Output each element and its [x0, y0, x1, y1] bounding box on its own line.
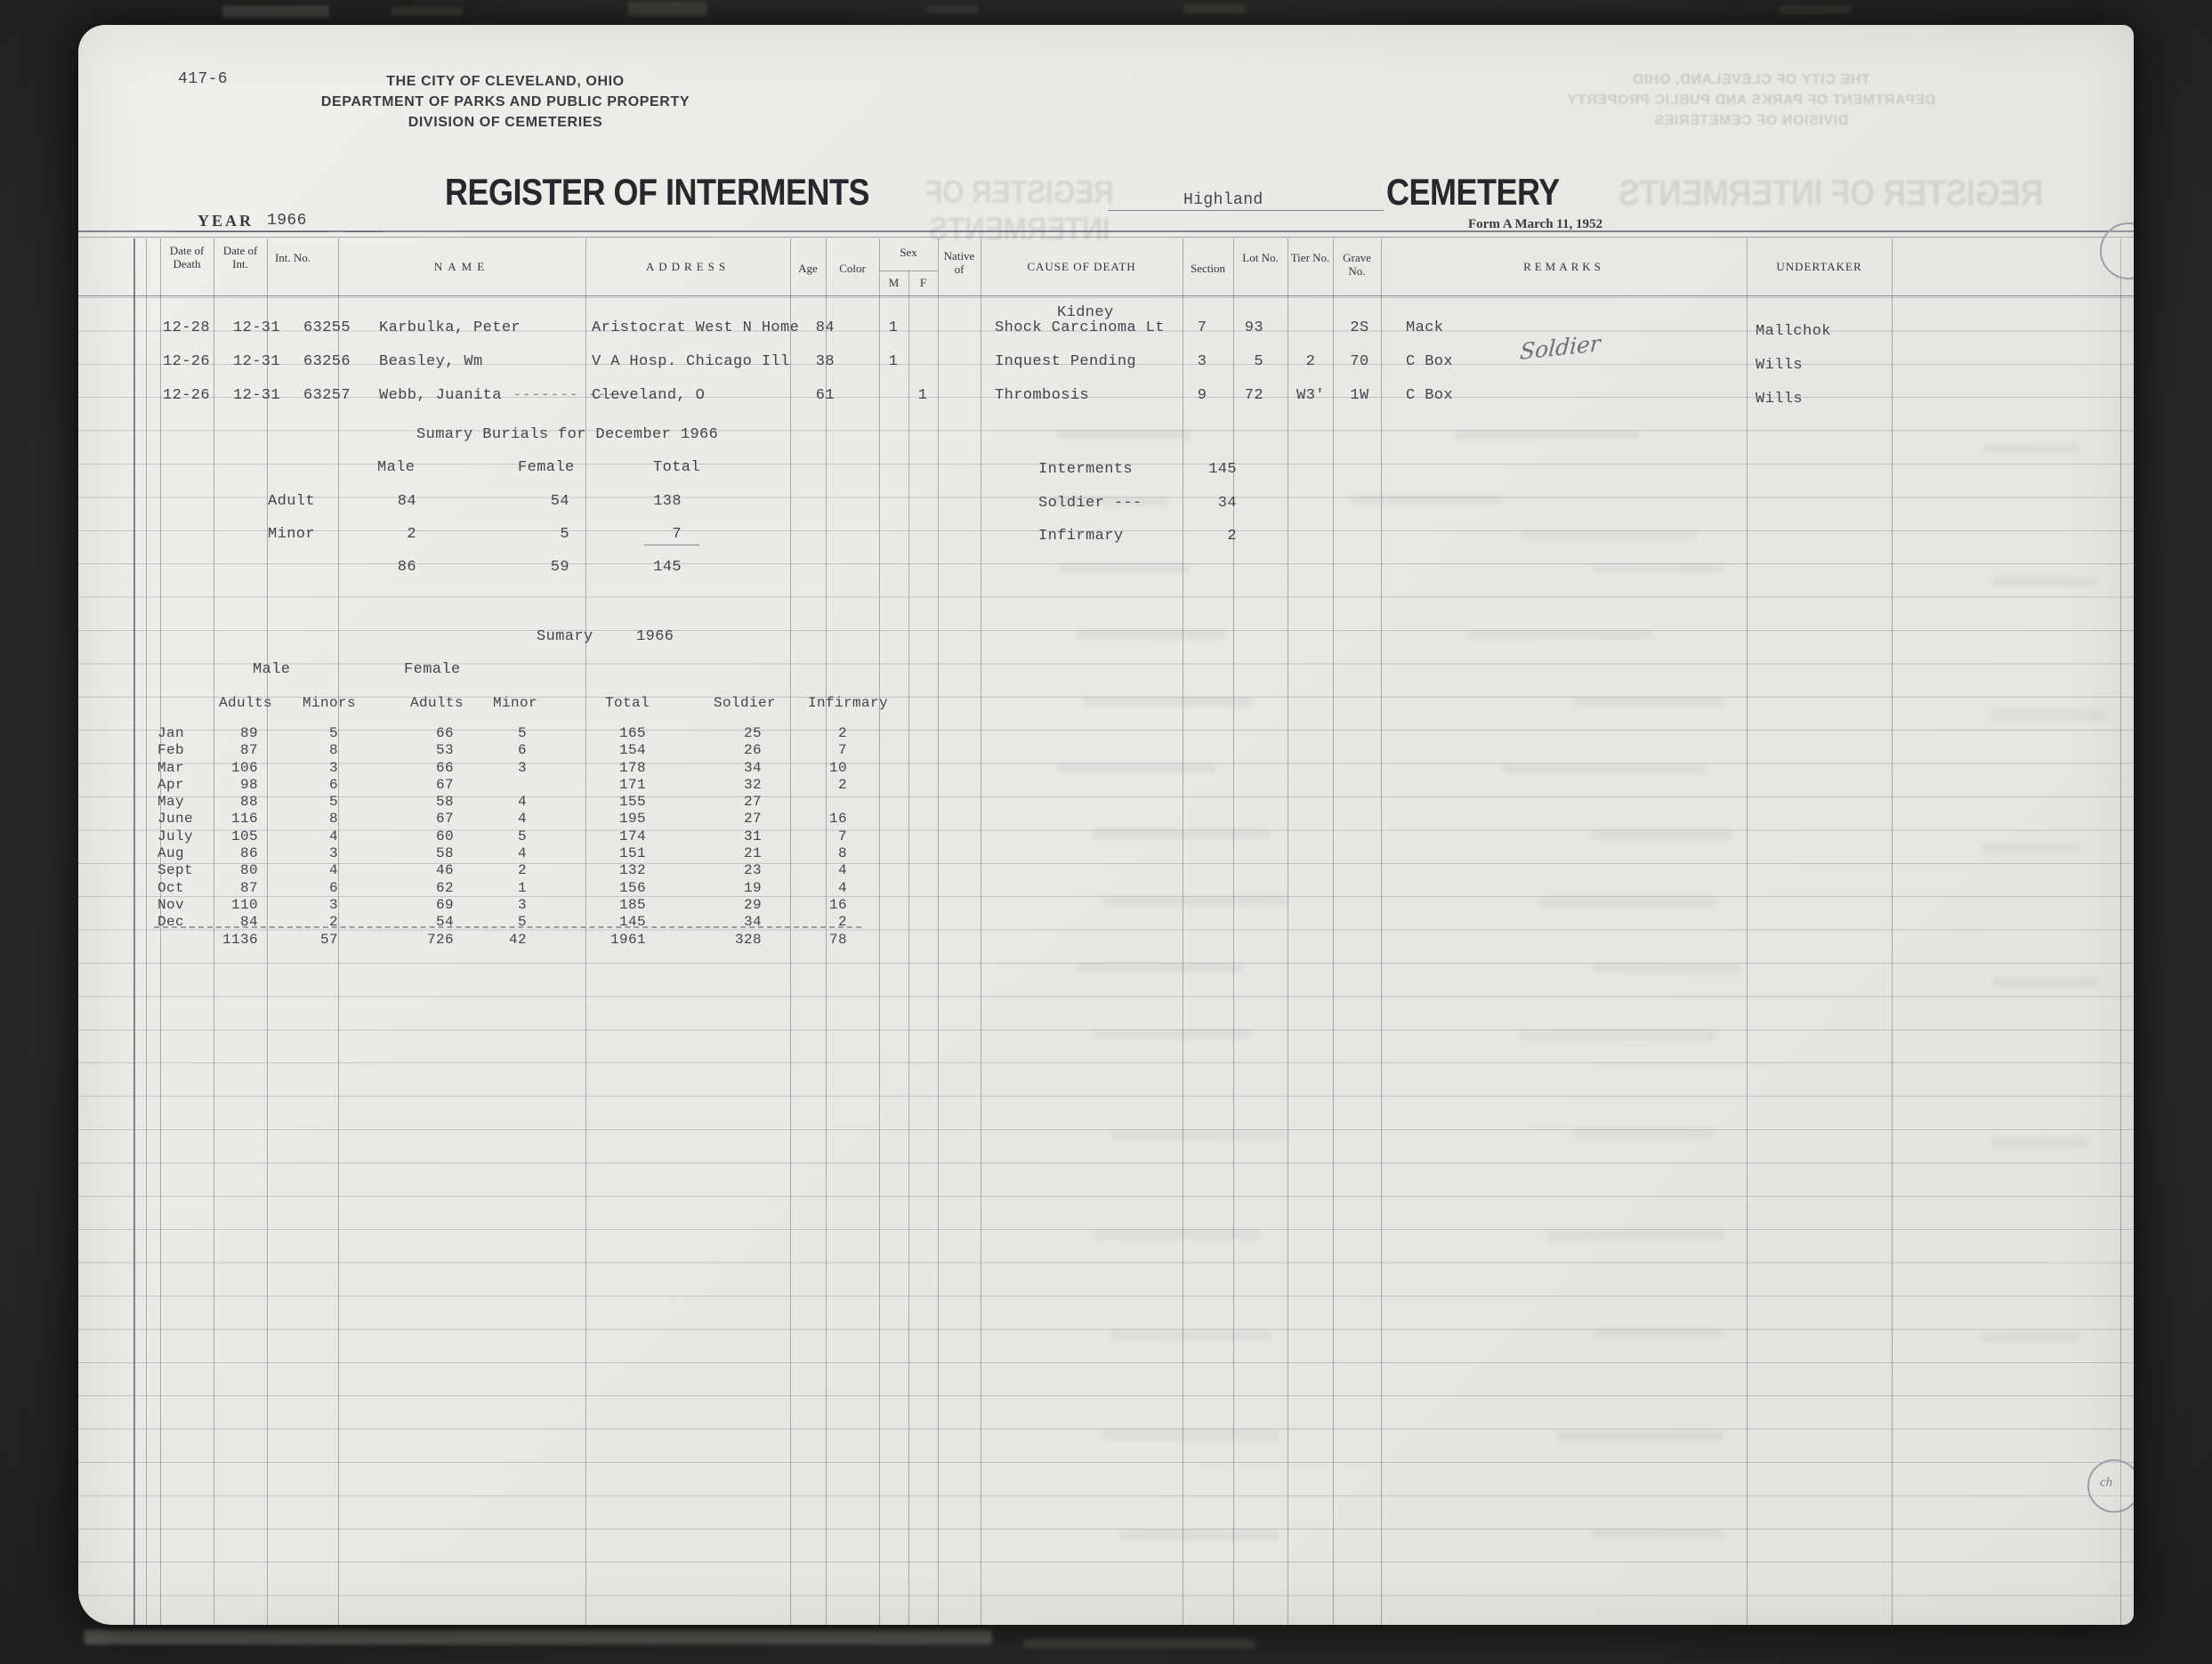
annual-cell-total: 156 — [527, 880, 646, 897]
ledger-vertical-line — [1381, 238, 1382, 1625]
december-adult-total: 138 — [619, 492, 682, 511]
annual-cell-female_adults: 67 — [338, 777, 454, 794]
ghost-smudge — [1982, 443, 2080, 453]
stat-infirmary-value: 2 — [1166, 527, 1237, 545]
annual-cell-total: 155 — [527, 794, 646, 811]
cell-lot: 5 — [1228, 352, 1263, 371]
annual-total-infirmary: 78 — [762, 932, 847, 949]
ghost-smudge — [1991, 977, 2098, 987]
december-minor-female: 5 — [516, 525, 569, 544]
annual-month-row: Jan895665165252 — [157, 725, 847, 742]
annual-cell-male_minors: 6 — [258, 777, 338, 794]
ghost-org-line: DIVISION OF CEMETERIES — [1498, 110, 2005, 131]
cell-remarks: Mack — [1406, 319, 1443, 337]
column-header-undertaker: UNDERTAKER — [1747, 260, 1892, 273]
cell-tier: 2 — [1292, 352, 1329, 371]
cell-remarks: C Box — [1406, 386, 1453, 405]
annual-totals-row: 1136 57 726 42 1961 328 78 — [157, 932, 847, 949]
annual-cell-female_adults: 66 — [338, 760, 454, 777]
annual-cell-infirmary: 16 — [762, 897, 847, 914]
annual-cell-female_minor: 2 — [454, 862, 527, 879]
cell-interment-number: 63257 — [303, 386, 351, 405]
ghost-smudge — [1057, 763, 1217, 773]
cell-cause-of-death: Inquest Pending — [995, 352, 1136, 371]
annual-cell-male_adults: 89 — [203, 725, 258, 742]
annual-cell-infirmary: 16 — [762, 811, 847, 828]
ghost-smudge — [1093, 1230, 1262, 1240]
annual-cell-infirmary: 10 — [762, 760, 847, 777]
cell-interment-number: 63255 — [303, 319, 351, 337]
ghost-smudge — [1110, 1330, 1271, 1340]
cell-cause-of-death: Thrombosis — [995, 386, 1089, 405]
annual-cell-month: Aug — [157, 845, 203, 862]
ghost-smudge — [1982, 844, 2080, 853]
annual-total-month — [157, 932, 203, 949]
december-minor-total-underline — [644, 545, 699, 545]
column-header-grave-number: Grave No. — [1333, 251, 1381, 278]
annual-group-male: Male — [253, 660, 290, 679]
cell-lot: 93 — [1228, 319, 1263, 337]
ghost-smudge — [1110, 1130, 1288, 1140]
annual-col-male-adults: Adults — [219, 694, 272, 712]
column-header-lot-number: Lot No. — [1233, 251, 1288, 264]
annual-total-male-minors: 57 — [258, 932, 338, 949]
cell-age: 38 — [795, 352, 835, 371]
ledger-vertical-line — [1288, 238, 1288, 1625]
annual-cell-month: Nov — [157, 897, 203, 914]
december-total-total: 145 — [619, 558, 682, 577]
film-scratch — [1183, 4, 1246, 14]
column-header-section: Section — [1183, 262, 1233, 275]
annual-cell-month: July — [157, 828, 203, 845]
column-header-sex-female: F — [908, 276, 938, 289]
annual-cell-soldier: 25 — [646, 725, 762, 742]
ghost-smudge — [1084, 697, 1253, 707]
stat-soldier-value: 34 — [1166, 494, 1237, 513]
cell-date-of-interment: 12-31 — [233, 352, 280, 371]
ghost-smudge — [1591, 830, 1733, 840]
annual-cell-female_adults: 69 — [338, 897, 454, 914]
annual-cell-total: 174 — [527, 828, 646, 845]
annual-cell-month: Jan — [157, 725, 203, 742]
header-bottom-rule — [78, 295, 2134, 296]
column-header-sex-male: M — [879, 276, 908, 289]
cell-date-of-interment: 12-31 — [233, 319, 280, 337]
ghost-smudge — [1591, 1529, 1724, 1539]
cell-sex-male: 1 — [882, 319, 905, 337]
ghost-smudge — [1546, 1231, 1724, 1240]
annual-cell-total: 178 — [527, 760, 646, 777]
annual-cell-soldier: 27 — [646, 794, 762, 811]
annual-cell-male_minors: 5 — [258, 725, 338, 742]
annual-month-row: Aug863584151218 — [157, 845, 847, 862]
annual-cell-month: Dec — [157, 914, 203, 931]
cell-grave: 70 — [1338, 352, 1381, 371]
annual-cell-male_minors: 4 — [258, 862, 338, 879]
cell-section: 7 — [1189, 319, 1215, 337]
cell-grave: 2S — [1338, 319, 1381, 337]
cell-undertaker: Mallchok — [1756, 322, 1831, 341]
annual-cell-soldier: 23 — [646, 862, 762, 879]
ledger-vertical-line — [1333, 238, 1334, 1625]
annual-cell-total: 165 — [527, 725, 646, 742]
annual-summary-year: 1966 — [636, 627, 674, 646]
annual-cell-female_adults: 60 — [338, 828, 454, 845]
annual-month-row: June11686741952716 — [157, 811, 847, 828]
annual-cell-male_adults: 87 — [203, 742, 258, 759]
org-line-department: DEPARTMENT OF PARKS AND PUBLIC PROPERTY — [238, 92, 772, 112]
ghost-smudge — [1991, 1137, 2089, 1147]
cell-date-of-death: 12-26 — [163, 352, 210, 371]
org-line-division: DIVISION OF CEMETERIES — [238, 112, 772, 133]
cell-date-of-death: 12-28 — [163, 319, 210, 337]
annual-month-row: Apr98667171322 — [157, 777, 847, 794]
cemetery-name-underline — [1108, 210, 1384, 211]
column-header-color: Color — [826, 262, 879, 275]
cell-address: Cleveland, O — [592, 386, 705, 405]
annual-cell-male_adults: 116 — [203, 811, 258, 828]
cell-name: Karbulka, Peter — [379, 319, 521, 337]
cell-remarks: C Box — [1406, 352, 1453, 371]
ghost-smudge — [1555, 1431, 1724, 1441]
ledger-vertical-line — [938, 238, 939, 1625]
annual-col-soldier: Soldier — [714, 694, 776, 712]
annual-cell-male_minors: 3 — [258, 845, 338, 862]
ledger-vertical-line — [1183, 238, 1183, 1625]
ledger-page: THE CITY OF CLEVELAND, OHIO DEPARTMENT O… — [78, 25, 2134, 1625]
ghost-org-line: DEPARTMENT OF PARKS AND PUBLIC PROPERTY — [1498, 90, 2005, 110]
cell-age: 61 — [795, 386, 835, 405]
cemetery-name: Highland — [1183, 190, 1263, 211]
annual-col-male-minors: Minors — [303, 694, 356, 712]
annual-cell-female_adults: 46 — [338, 862, 454, 879]
annual-cell-male_adults: 106 — [203, 760, 258, 777]
column-header-native-of: Native of — [938, 249, 981, 276]
annual-cell-infirmary: 8 — [762, 845, 847, 862]
cell-name: Beasley, Wm — [379, 352, 483, 371]
ghost-smudge — [1057, 563, 1191, 573]
column-header-name: NAME — [338, 260, 585, 273]
annual-cell-total: 132 — [527, 862, 646, 879]
annual-col-infirmary: Infirmary — [808, 694, 888, 712]
annual-cell-female_minor: 3 — [454, 760, 527, 777]
annual-cell-infirmary: 2 — [762, 777, 847, 794]
film-scratch — [925, 5, 979, 14]
stat-soldier-label: Soldier --- — [1038, 494, 1142, 513]
december-col-total: Total — [653, 458, 700, 477]
december-row-label: Minor — [268, 525, 315, 544]
annual-cell-male_minors: 8 — [258, 811, 338, 828]
column-header-age: Age — [790, 262, 826, 275]
film-bottom-smudge — [1023, 1639, 1255, 1648]
ghost-smudge — [1466, 630, 1653, 640]
annual-cell-female_adults: 53 — [338, 742, 454, 759]
annual-cell-male_adults: 98 — [203, 777, 258, 794]
annual-cell-female_minor: 5 — [454, 828, 527, 845]
annual-cell-female_adults: 66 — [338, 725, 454, 742]
cell-age: 84 — [795, 319, 835, 337]
ghost-smudge — [1982, 1333, 2080, 1343]
annual-cell-female_adults: 54 — [338, 914, 454, 931]
ledger-vertical-line — [1892, 238, 1893, 1625]
stat-infirmary-label: Infirmary — [1038, 527, 1123, 545]
annual-cell-soldier: 26 — [646, 742, 762, 759]
annual-total-total: 1961 — [527, 932, 646, 949]
annual-cell-soldier: 29 — [646, 897, 762, 914]
column-header-sex: Sex — [879, 246, 938, 259]
ghost-smudge — [1520, 1030, 1716, 1040]
cell-name: Webb, Juanita — [379, 386, 502, 405]
annual-total-soldier: 328 — [646, 932, 762, 949]
cell-undertaker: Wills — [1756, 356, 1803, 375]
cell-lot: 72 — [1228, 386, 1263, 405]
stat-interments-label: Interments — [1038, 460, 1133, 479]
annual-cell-total: 195 — [527, 811, 646, 828]
annual-cell-soldier: 19 — [646, 880, 762, 897]
cell-tier: W3' — [1292, 386, 1329, 405]
ghost-register-title: REGISTER OF INTERMENTS — [1591, 172, 2071, 214]
header-top-rule — [78, 230, 2134, 232]
ghost-smudge — [1573, 1128, 1716, 1138]
annual-cell-soldier: 34 — [646, 760, 762, 777]
annual-cell-soldier: 31 — [646, 828, 762, 845]
annual-cell-month: June — [157, 811, 203, 828]
annual-cell-male_minors: 8 — [258, 742, 338, 759]
annual-cell-total: 154 — [527, 742, 646, 759]
annual-summary-title: Sumary — [537, 627, 593, 646]
cell-address: V A Hosp. Chicago Ill — [592, 352, 790, 371]
column-header-date-of-interment: Date of Int. — [217, 244, 263, 271]
annual-cell-month: Oct — [157, 880, 203, 897]
annual-cell-total: 151 — [527, 845, 646, 862]
annual-totals-dashed-rule — [154, 926, 861, 928]
register-title: REGISTER OF INTERMENTS — [445, 171, 869, 214]
ledger-vertical-line — [981, 238, 981, 1625]
column-header-interment-number: Int. No. — [270, 251, 315, 264]
annual-cell-female_minor: 1 — [454, 880, 527, 897]
annual-cell-soldier: 32 — [646, 777, 762, 794]
annual-cell-male_adults: 110 — [203, 897, 258, 914]
ledger-vertical-line — [908, 271, 909, 1625]
annual-cell-soldier: 27 — [646, 811, 762, 828]
annual-cell-soldier: 34 — [646, 914, 762, 931]
stat-interments-value: 145 — [1166, 460, 1237, 479]
column-header-remarks: REMARKS — [1381, 260, 1747, 273]
ghost-smudge — [1075, 630, 1226, 640]
annual-cell-male_adults: 88 — [203, 794, 258, 811]
cell-section: 9 — [1189, 386, 1215, 405]
ledger-vertical-line — [1233, 238, 1234, 1625]
ghost-smudge — [1591, 1329, 1724, 1338]
annual-cell-female_adults: 62 — [338, 880, 454, 897]
annual-cell-total: 145 — [527, 914, 646, 931]
annual-cell-male_adults: 84 — [203, 914, 258, 931]
film-notch-bottom: ch — [2087, 1459, 2134, 1513]
ghost-smudge — [1102, 896, 1288, 906]
cell-address: Aristocrat West N Home — [592, 319, 799, 337]
film-scratch — [222, 5, 329, 18]
ledger-vertical-line — [879, 238, 880, 1625]
cell-grave: 1W — [1338, 386, 1381, 405]
annual-cell-female_adults: 58 — [338, 794, 454, 811]
annual-cell-female_minor: 4 — [454, 845, 527, 862]
annual-cell-infirmary — [762, 794, 847, 811]
annual-cell-male_minors: 3 — [258, 760, 338, 777]
corner-mark: ch — [2100, 1475, 2112, 1490]
ghost-org-line: THE CITY OF CLEVELAND, OHIO — [1498, 69, 2005, 90]
december-minor-total: 7 — [619, 525, 682, 544]
annual-cell-male_minors: 6 — [258, 880, 338, 897]
annual-cell-infirmary: 4 — [762, 862, 847, 879]
annual-total-male-adults: 1136 — [203, 932, 258, 949]
annual-cell-month: Feb — [157, 742, 203, 759]
ghost-smudge — [1119, 1531, 1280, 1540]
film-scratch — [1780, 5, 1851, 14]
annual-month-row: Sept804462132234 — [157, 862, 847, 879]
december-total-female: 59 — [516, 558, 569, 577]
annual-col-female-adults: Adults — [410, 694, 464, 712]
annual-month-rows: Jan895665165252Feb878536154267Mar1063663… — [157, 725, 847, 932]
ghost-smudge — [1591, 964, 1742, 973]
annual-month-row: May88558415527 — [157, 794, 847, 811]
annual-month-row: July1054605174317 — [157, 828, 847, 845]
ledger-vertical-line — [2120, 238, 2121, 1625]
column-header-cause-of-death: CAUSE OF DEATH — [981, 260, 1183, 273]
ledger-vertical-line — [133, 238, 135, 1625]
cell-sex-female: 1 — [911, 386, 934, 405]
annual-cell-infirmary: 2 — [762, 725, 847, 742]
annual-cell-infirmary: 2 — [762, 914, 847, 931]
ghost-smudge — [1573, 697, 1724, 707]
ghost-smudge — [1538, 897, 1716, 907]
cemetery-word: CEMETERY — [1386, 171, 1560, 214]
year-label: YEAR — [198, 212, 254, 230]
ghost-smudge — [1991, 710, 2107, 720]
annual-cell-total: 185 — [527, 897, 646, 914]
annual-cell-month: Apr — [157, 777, 203, 794]
annual-month-row: Nov11036931852916 — [157, 897, 847, 914]
december-row-label: Adult — [268, 492, 315, 511]
december-minor-male: 2 — [363, 525, 416, 544]
annual-month-row: Mar10636631783410 — [157, 760, 847, 777]
ghost-smudge — [1102, 1430, 1280, 1440]
film-bottom-smudge — [85, 1630, 992, 1644]
cell-undertaker: Wills — [1756, 390, 1803, 408]
cell-date-of-interment: 12-31 — [233, 386, 280, 405]
annual-cell-infirmary: 7 — [762, 742, 847, 759]
document-number: 417-6 — [178, 69, 228, 90]
ghost-smudge — [1520, 530, 1698, 540]
annual-total-female-adults: 726 — [338, 932, 454, 949]
annual-cell-infirmary: 4 — [762, 880, 847, 897]
ghost-smudge — [1093, 1030, 1253, 1039]
december-total-male: 86 — [363, 558, 416, 577]
annual-cell-month: Sept — [157, 862, 203, 879]
annual-cell-female_minor: 3 — [454, 897, 527, 914]
annual-cell-female_minor: 4 — [454, 811, 527, 828]
film-scratch — [627, 2, 707, 16]
cell-cause-of-death: Shock Carcinoma Lt — [995, 319, 1165, 337]
annual-group-female: Female — [404, 660, 461, 679]
film-scratch — [392, 7, 463, 16]
column-header-tier-number: Tier No. — [1288, 251, 1333, 264]
annual-month-row: Feb878536154267 — [157, 742, 847, 759]
cell-date-of-death: 12-26 — [163, 386, 210, 405]
annual-col-female-minor: Minor — [493, 694, 537, 712]
annual-cell-month: May — [157, 794, 203, 811]
december-col-male: Male — [377, 458, 415, 477]
december-adult-female: 54 — [516, 492, 569, 511]
annual-cell-female_minor: 5 — [454, 914, 527, 931]
december-summary-title: Sumary Burials for December 1966 — [416, 425, 718, 444]
annual-col-total: Total — [605, 694, 650, 712]
column-header-address: ADDRESS — [585, 260, 790, 273]
annual-cell-male_minors: 3 — [258, 897, 338, 914]
ghost-smudge — [1057, 430, 1191, 440]
org-line-city: THE CITY OF CLEVELAND, OHIO — [238, 71, 772, 92]
december-adult-male: 84 — [363, 492, 416, 511]
annual-cell-female_minor — [454, 777, 527, 794]
header-top-rule-2 — [78, 237, 2134, 238]
year-value: 1966 — [267, 211, 307, 231]
ghost-smudge — [1075, 963, 1244, 973]
scanned-register-page-background: { "page": { "doc_number": "417-6", "org_… — [0, 0, 2212, 1664]
annual-cell-female_minor: 6 — [454, 742, 527, 759]
ledger-vertical-line — [146, 238, 147, 1625]
ghost-smudge — [1351, 495, 1502, 505]
cell-sex-male: 1 — [882, 352, 905, 371]
annual-cell-female_minor: 5 — [454, 725, 527, 742]
annual-cell-infirmary: 7 — [762, 828, 847, 845]
annual-cell-female_adults: 58 — [338, 845, 454, 862]
column-header-date-of-death: Date of Death — [164, 244, 210, 271]
annual-cell-female_minor: 4 — [454, 794, 527, 811]
ghost-smudge — [1093, 829, 1271, 839]
organization-header: THE CITY OF CLEVELAND, OHIO DEPARTMENT O… — [238, 71, 772, 133]
ghost-smudge — [1991, 577, 2098, 586]
ghost-smudge — [1591, 563, 1724, 573]
annual-cell-total: 171 — [527, 777, 646, 794]
annual-cell-month: Mar — [157, 760, 203, 777]
annual-cell-soldier: 21 — [646, 845, 762, 862]
annual-total-female-minor: 42 — [454, 932, 527, 949]
annual-cell-male_adults: 86 — [203, 845, 258, 862]
annual-cell-female_adults: 67 — [338, 811, 454, 828]
annual-cell-male_adults: 105 — [203, 828, 258, 845]
annual-cell-male_minors: 5 — [258, 794, 338, 811]
cell-section: 3 — [1189, 352, 1215, 371]
ghost-smudge — [1453, 430, 1640, 440]
annual-cell-male_minors: 2 — [258, 914, 338, 931]
annual-month-row: Oct876621156194 — [157, 880, 847, 897]
cell-interment-number: 63256 — [303, 352, 351, 371]
annual-month-row: Dec842545145342 — [157, 914, 847, 931]
ledger-vertical-line — [1747, 238, 1748, 1625]
december-col-female: Female — [518, 458, 575, 477]
annual-cell-male_minors: 4 — [258, 828, 338, 845]
ghost-bleedthrough-header: THE CITY OF CLEVELAND, OHIO DEPARTMENT O… — [1498, 69, 2005, 131]
annual-cell-male_adults: 80 — [203, 862, 258, 879]
ghost-smudge — [1502, 763, 1707, 773]
annual-cell-male_adults: 87 — [203, 880, 258, 897]
